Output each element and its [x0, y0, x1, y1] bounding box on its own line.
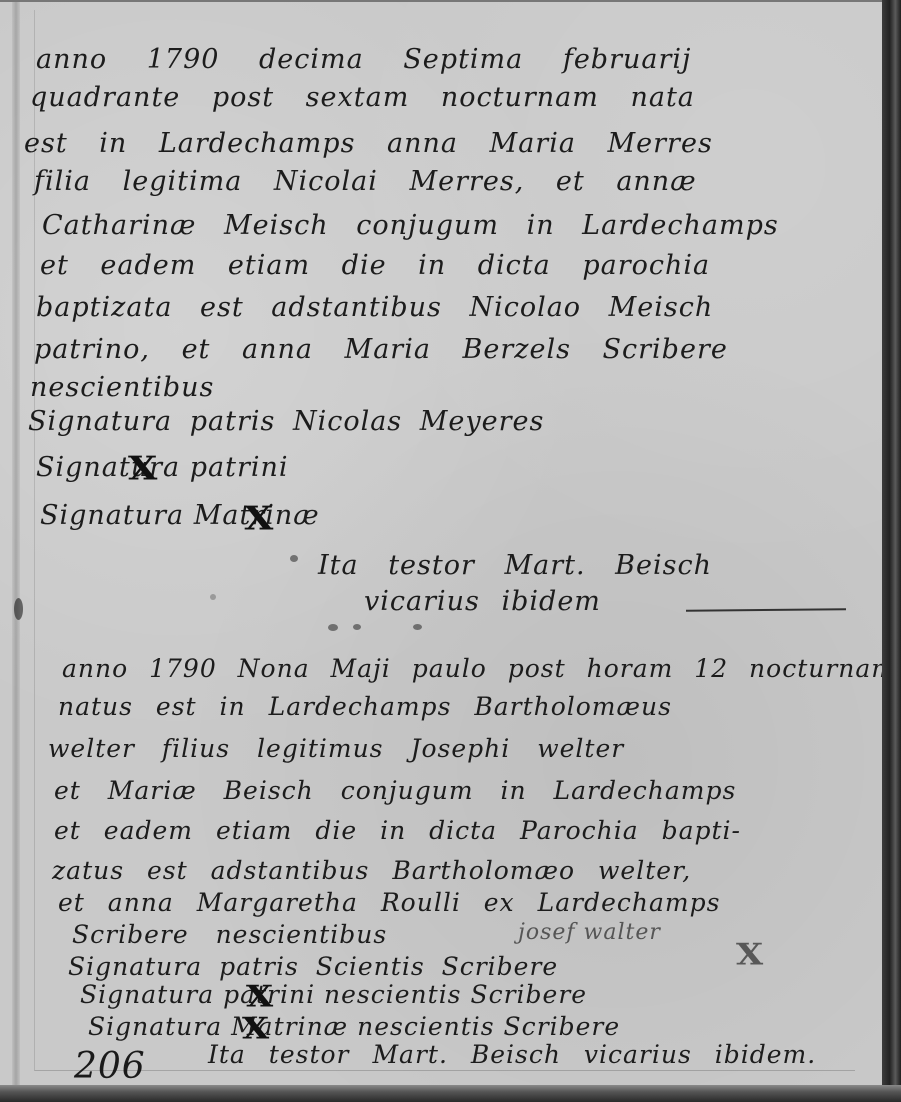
signatura-label: Signatura Matrinæ nescientis Scribere: [88, 1012, 620, 1041]
entry2-godfather-signature-line: Signatura patrini nescientis Scribere: [80, 980, 587, 1009]
entry2-line-4: et Mariæ Beisch conjugum in Lardechamps: [54, 776, 736, 805]
entry2-line-2: natus est in Lardechamps Bartholomæus: [58, 692, 672, 721]
entry2-godmother-signature-line: Signatura Matrinæ nescientis Scribere: [88, 1012, 620, 1041]
page-number: 206: [74, 1046, 146, 1087]
entry2-line-7: et anna Margaretha Roulli ex Lardechamps: [58, 888, 720, 917]
entry2-line-8: Scribere nescientibus: [72, 920, 387, 949]
entry2-line-3: welter filius legitimus Josephi welter: [48, 734, 624, 763]
entry2-line-6: zatus est adstantibus Bartholomæo welter…: [52, 856, 691, 885]
entry2-attestation: Ita testor Mart. Beisch vicarius ibidem.: [208, 1040, 816, 1069]
entry2-line-1: anno 1790 Nona Maji paulo post horam 12 …: [62, 654, 896, 683]
entry2-father-signature-line: Signatura patris Scientis Scribere: [68, 952, 558, 981]
page-bottom-edge: [0, 1085, 901, 1102]
father-autograph-signature: josef walter: [518, 920, 661, 945]
book-spine: [882, 0, 901, 1102]
cross-mark-icon: X: [246, 979, 275, 1014]
cross-mark-icon: X: [736, 937, 765, 972]
signatura-label: Signatura patrini nescientis Scribere: [80, 980, 587, 1009]
entry2-line-5: et eadem etiam die in dicta Parochia bap…: [54, 816, 741, 845]
baptism-entry-2: anno 1790 Nona Maji paulo post horam 12 …: [0, 2, 882, 1087]
manuscript-page: anno 1790 decima Septima februarij quadr…: [0, 0, 882, 1087]
